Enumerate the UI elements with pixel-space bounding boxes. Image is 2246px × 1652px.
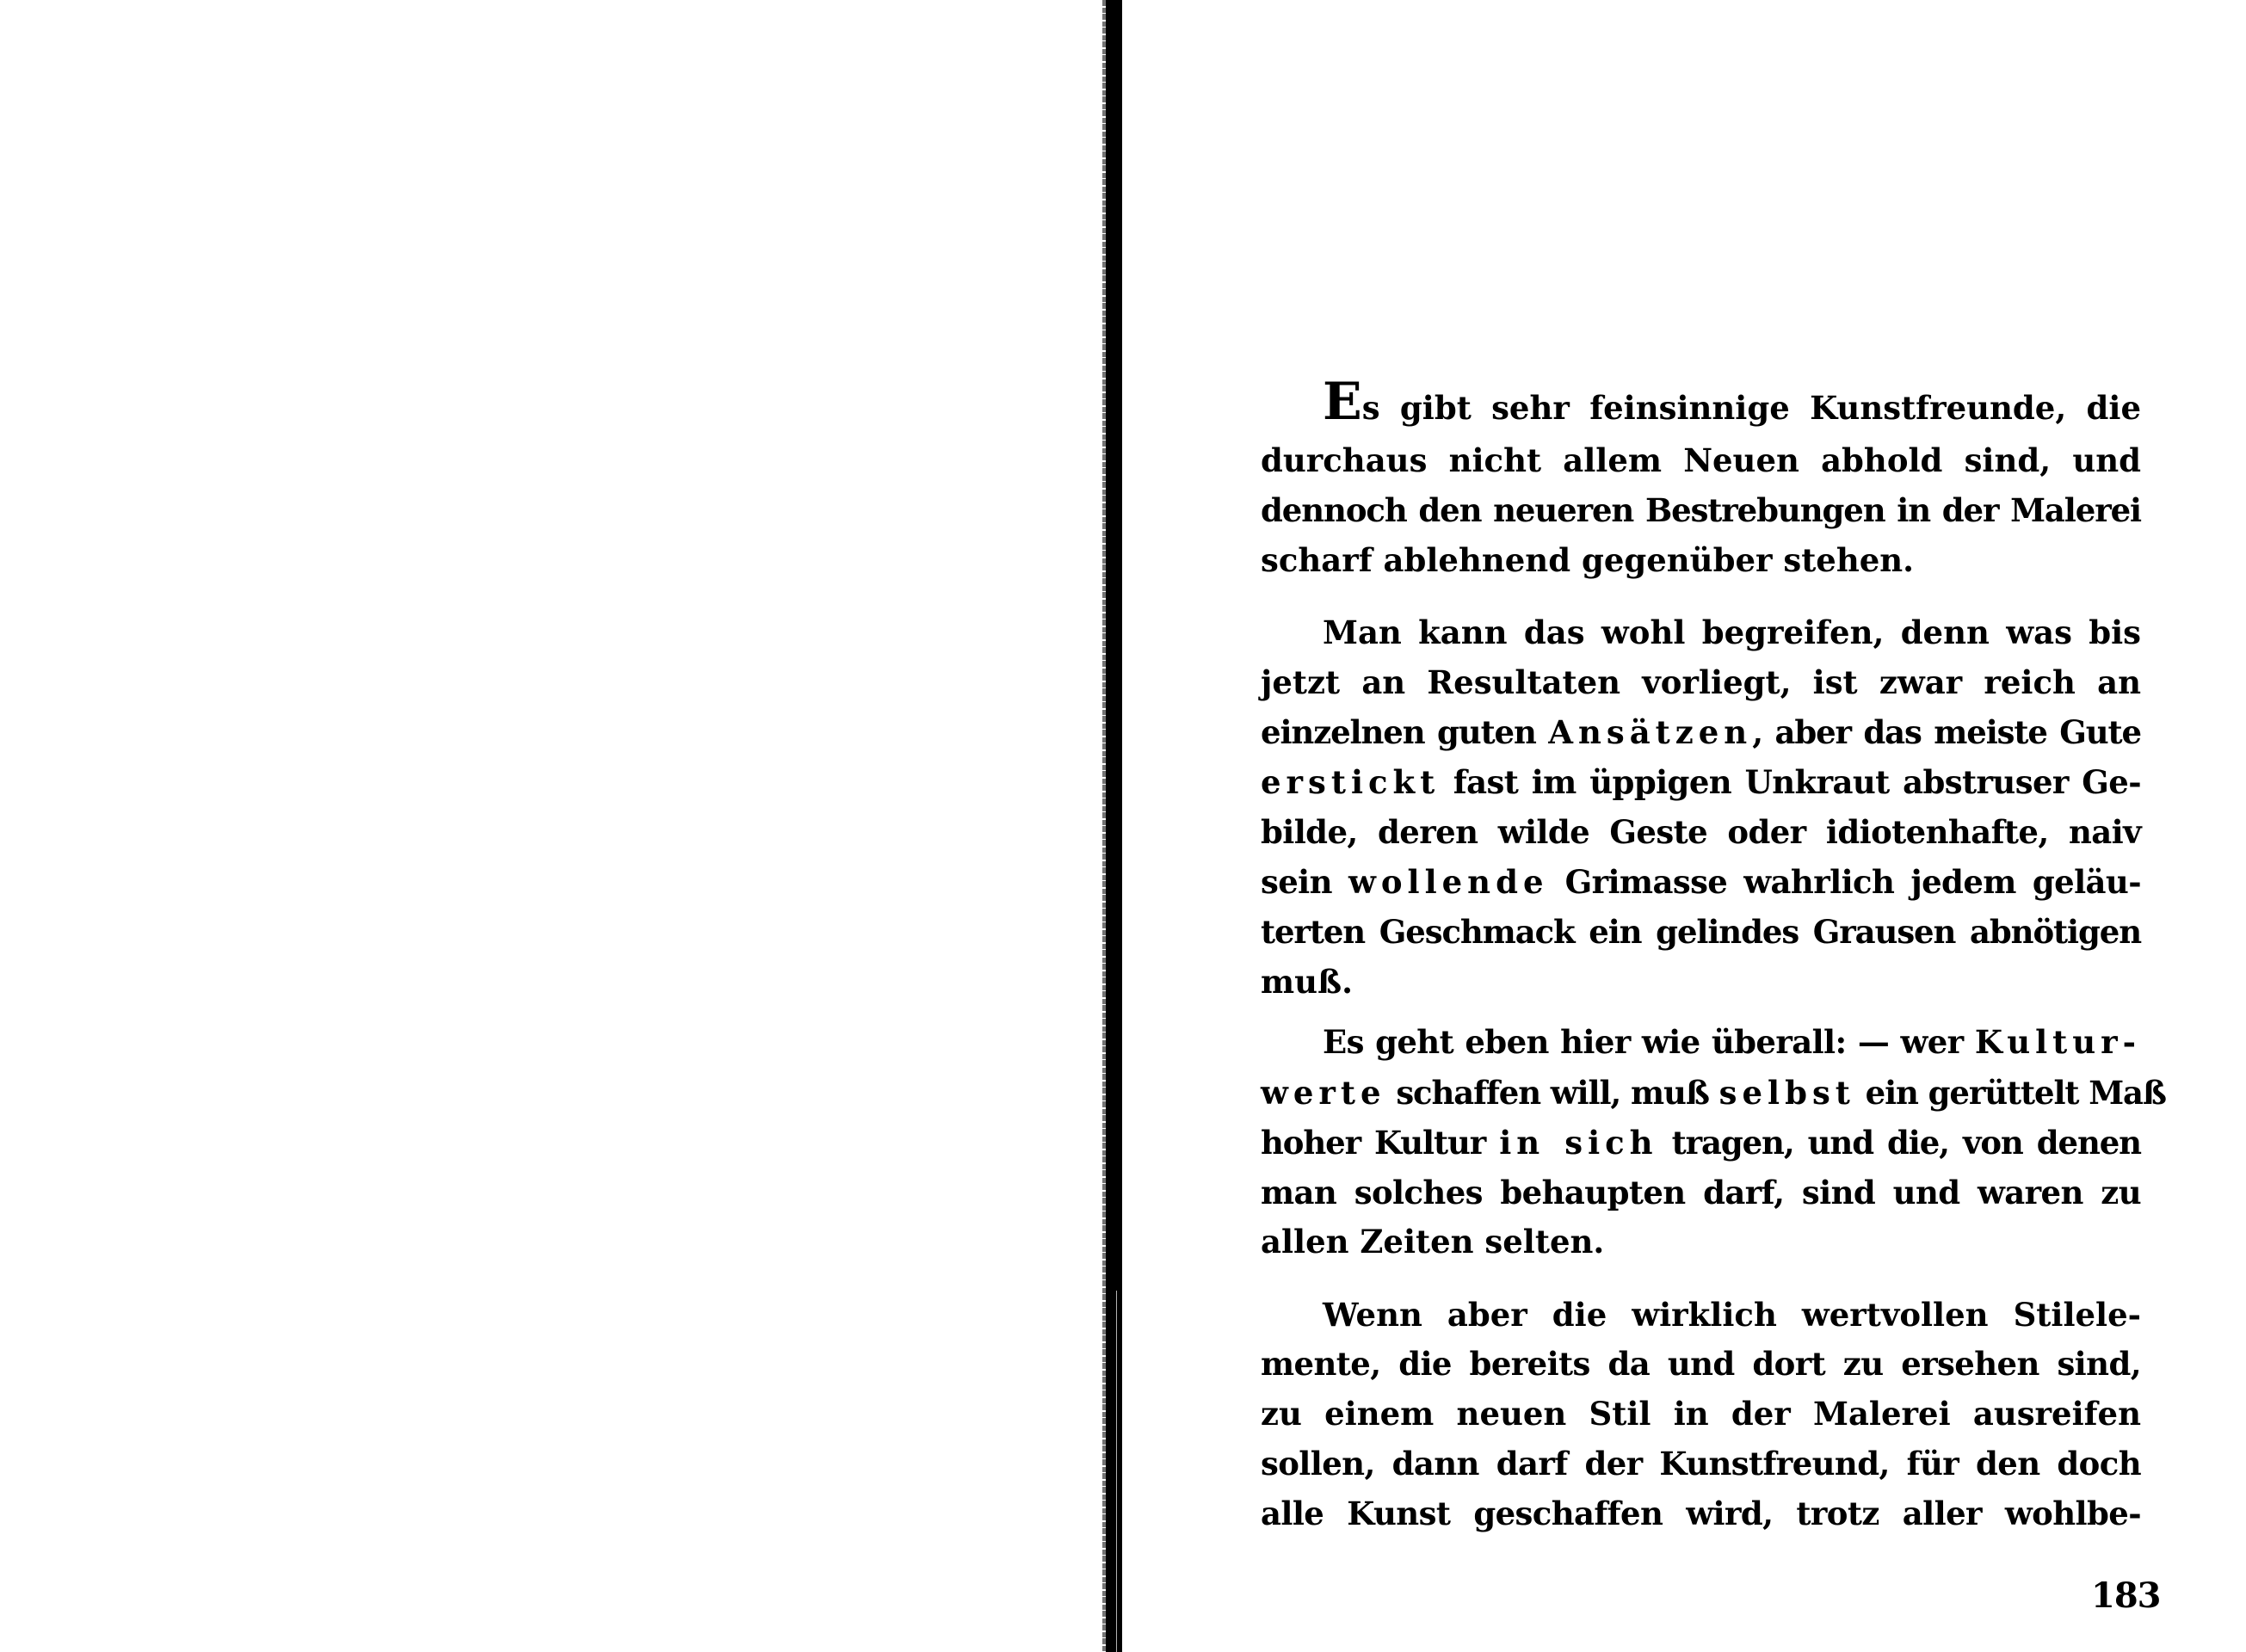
line-text: schaffen will, muß: [1386, 1074, 1719, 1112]
page-number: 183: [2091, 1576, 2161, 1616]
drop-cap: E: [1323, 372, 1362, 432]
line-text: hoher Kultur: [1261, 1124, 1499, 1162]
paragraph-3-line-5: allen Zeiten selten.: [1261, 1217, 2141, 1267]
paragraph-2-line-7: terten Geschmack ein gelindes Grausen ab…: [1261, 907, 2141, 957]
paragraph-1-line-1: Es gibt sehr feinsinnige Kunstfreunde, d…: [1323, 377, 2141, 427]
paragraph-4-line-2: mente, die bereits da und dort zu ersehe…: [1261, 1339, 2141, 1389]
emphasized-text: Kultur-: [1975, 1023, 2141, 1061]
paragraph-3-line-3: hoher Kultur in sich tragen, und die, vo…: [1261, 1118, 2141, 1168]
paragraph-4-line-5: alle Kunst geschaffen wird, trotz aller …: [1261, 1489, 2141, 1538]
paragraph-4-line-1: Wenn aber die wirklich wertvollen Stilel…: [1323, 1290, 2141, 1340]
paragraph-3-line-4: man solches behaupten darf, sind und war…: [1261, 1168, 2141, 1217]
line-text: , aber das meiste Gute: [1752, 713, 2141, 751]
paragraph-4-line-3: zu einem neuen Stil in der Malerei ausre…: [1261, 1389, 2141, 1439]
line-text: fast im üppigen Unkraut abstruser Ge-: [1440, 763, 2141, 801]
line-text: ein gerüttelt Maß: [1855, 1074, 2166, 1112]
paragraph-3-line-2: werte schaffen will, muß selbst ein gerü…: [1261, 1068, 2141, 1118]
emphasized-text: erstickt: [1261, 763, 1440, 801]
line-text: s gibt sehr feinsinnige Kunstfreunde, di…: [1362, 389, 2141, 427]
paragraph-2-line-2: jetzt an Resultaten vorliegt, ist zwar r…: [1261, 657, 2141, 707]
line-text: tragen, und die, von denen: [1658, 1124, 2141, 1162]
book-binding-gutter: [1106, 0, 1122, 1652]
paragraph-1-line-4: scharf ablehnend gegenüber stehen.: [1261, 535, 2141, 585]
paragraph-1-line-2: durchaus nicht allem Neuen abhold sind, …: [1261, 435, 2141, 485]
paragraph-2-line-6: sein wollende Grimasse wahrlich jedem ge…: [1261, 857, 2141, 907]
paragraph-2-line-1: Man kann das wohl begreifen, denn was bi…: [1323, 607, 2141, 657]
paragraph-4-line-4: sollen, dann darf der Kunstfreund, für d…: [1261, 1439, 2141, 1489]
emphasized-text: wollende: [1348, 863, 1549, 901]
paragraph-2-line-8: muß.: [1261, 957, 2141, 1007]
emphasized-text: in sich: [1499, 1124, 1657, 1162]
paragraph-2-line-3: einzelnen guten Ansätzen, aber das meist…: [1261, 707, 2141, 757]
line-text: sein: [1261, 863, 1348, 901]
emphasized-text: werte: [1261, 1074, 1386, 1112]
line-text: Grimasse wahrlich jedem geläu-: [1549, 863, 2142, 901]
paragraph-3-line-1: Es geht eben hier wie überall: — wer Kul…: [1323, 1017, 2141, 1067]
emphasized-text: selbst: [1719, 1074, 1855, 1112]
line-text: einzelnen guten: [1261, 713, 1548, 751]
emphasized-text: Ansätzen: [1548, 713, 1752, 751]
paragraph-2-line-4: erstickt fast im üppigen Unkraut abstrus…: [1261, 757, 2141, 807]
binding-highlight: [1116, 1291, 1117, 1652]
paragraph-2-line-5: bilde, deren wilde Geste oder idiotenhaf…: [1261, 807, 2141, 857]
line-text: Es geht eben hier wie überall: — wer: [1323, 1023, 1975, 1061]
paragraph-1-line-3: dennoch den neueren Bestrebungen in der …: [1261, 485, 2141, 535]
left-page-blank: [0, 0, 1106, 1652]
